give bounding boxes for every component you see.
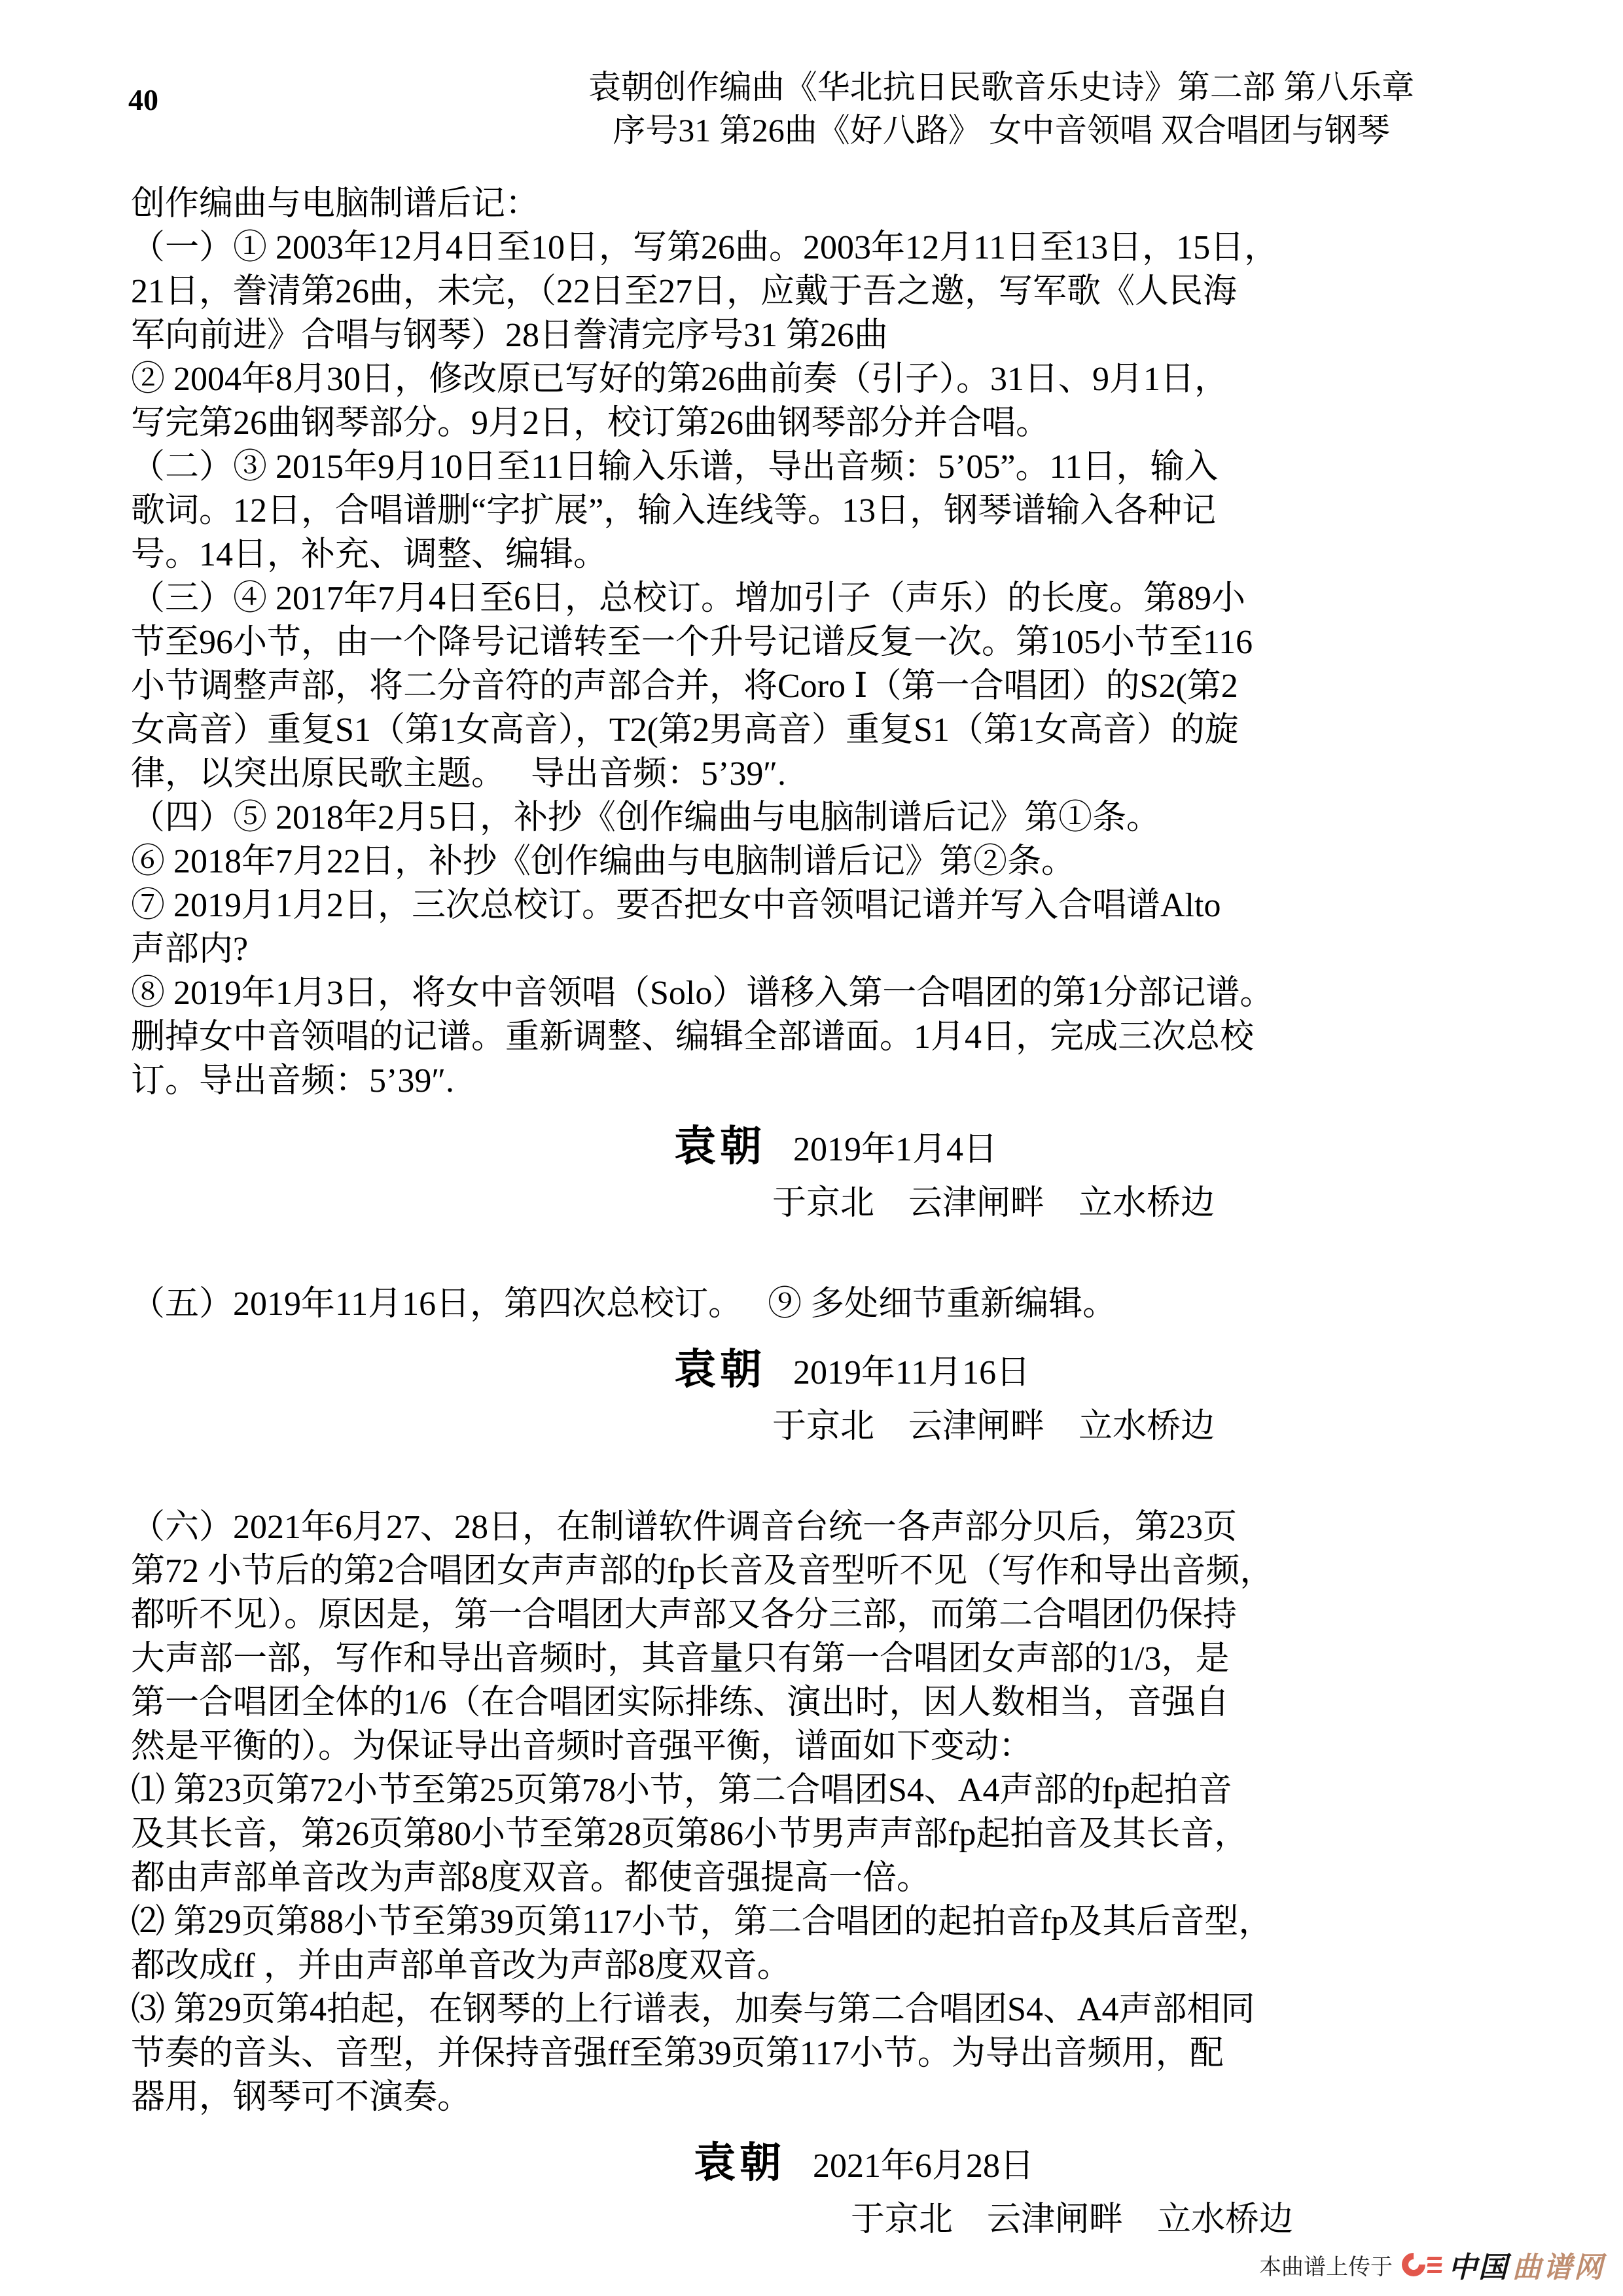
postscript-line: 然是平衡的）。为保证导出音频时音强平衡，谱面如下变动：	[131, 1725, 1505, 1768]
brand-name-primary: 中国	[1448, 2244, 1508, 2286]
document-page: 40 袁朝创作编曲《华北抗日民歌音乐史诗》第二部 第八乐章 序号31 第26曲《…	[0, 0, 1623, 2296]
postscript-line: 21日，誊清第26曲，未完，（22日至27日，应戴于吾之邀，写军歌《人民海	[131, 270, 1505, 314]
postscript-line: 女高音）重复S1（第1女高音），T2(第2男高音）重复S1（第1女高音）的旋	[131, 708, 1505, 752]
signature-date: 2021年6月28日	[813, 2139, 1034, 2194]
author-signature: 袁朝	[694, 2135, 785, 2190]
signature-block-3: 袁朝 2021年6月28日 于京北 云津闸畔 立水桥边	[131, 2135, 1505, 2246]
postscript-line: 第一合唱团全体的1/6（在合唱团实际排练、演出时，因人数相当，音强自	[131, 1681, 1505, 1725]
postscript-line: （六）2021年6月27、28日，在制谱软件调音台统一各声部分贝后，第23页	[131, 1505, 1505, 1549]
postscript-line: ⑦ 2019月1月2日，三次总校订。要否把女中音领唱记谱并写入合唱谱Alto	[131, 884, 1505, 927]
logo-staff-lines-icon	[1427, 2257, 1442, 2273]
signature-block-2: 袁朝 2019年11月16日 于京北 云津闸畔 立水桥边	[131, 1342, 1505, 1453]
postscript-line: 都听不见）。原因是，第一合唱团大声部又各分三部，而第二合唱团仍保持	[131, 1593, 1505, 1637]
signature-row: 袁朝 2021年6月28日	[694, 2135, 1505, 2194]
postscript-line: ⑴ 第23页第72小节至第25页第78小节，第二合唱团S4、A4声部的fp起拍音	[131, 1768, 1505, 1812]
postscript-part-six: （六）2021年6月27、28日，在制谱软件调音台统一各声部分贝后，第23页 第…	[131, 1505, 1505, 2119]
brand-name-secondary: 曲谱网	[1512, 2244, 1605, 2286]
postscript-line-five: （五）2019年11月16日，第四次总校订。 ⑨ 多处细节重新编辑。	[131, 1282, 1505, 1326]
postscript-line: 都由声部单音改为声部8度双音。都使音强提高一倍。	[131, 1856, 1505, 1900]
postscript-line: 第72 小节后的第2合唱团女声声部的fp长音及音型听不见（写作和导出音频，	[131, 1549, 1505, 1593]
postscript-line: 号。14日，补充、调整、编辑。	[131, 533, 1505, 577]
author-signature: 袁朝	[674, 1119, 766, 1174]
postscript-line: 器用，钢琴可不演奏。	[131, 2075, 1505, 2119]
postscript-line: ⑧ 2019年1月3日，将女中音领唱（Solo）谱移入第一合唱团的第1分部记谱。	[131, 971, 1505, 1015]
signature-row: 袁朝 2019年11月16日	[674, 1342, 1505, 1401]
postscript-line: 删掉女中音领唱的记谱。重新调整、编辑全部谱面。1月4日，完成三次总校	[131, 1015, 1505, 1059]
postscript-line: ⑥ 2018年7月22日，补抄《创作编曲与电脑制谱后记》第②条。	[131, 840, 1505, 884]
signature-place: 于京北 云津闸畔 立水桥边	[772, 1401, 1505, 1453]
watermark-text: 本曲谱上传于	[1259, 2249, 1393, 2281]
postscript-line: 节至96小节，由一个降号记谱转至一个升号记谱反复一次。第105小节至116	[131, 620, 1505, 664]
postscript-line: ② 2004年8月30日，修改原已写好的第26曲前奏（引子）。31日、9月1日，	[131, 357, 1505, 401]
quputong-logo-icon	[1402, 2253, 1442, 2276]
logo-c-swirl-icon	[1397, 2248, 1431, 2282]
signature-place: 于京北 云津闸畔 立水桥边	[772, 1177, 1505, 1230]
postscript-line: 都改成ff ，并由声部单音改为声部8度双音。	[131, 1944, 1505, 1988]
signature-date: 2019年1月4日	[793, 1122, 997, 1177]
header-title-line1: 袁朝创作编曲《华北抗日民歌音乐史诗》第二部 第八乐章	[419, 65, 1584, 109]
postscript-line: 及其长音，第26页第80小节至第28页第86小节男声声部fp起拍音及其长音，	[131, 1812, 1505, 1856]
postscript-line: （二）③ 2015年9月10日至11日输入乐谱，导出音频：5’05”。11日，输…	[131, 445, 1505, 489]
postscript-line: （一）① 2003年12月4日至10日，写第26曲。2003年12月11日至13…	[131, 226, 1505, 270]
author-signature: 袁朝	[674, 1342, 766, 1397]
postscript-line: 小节调整声部，将二分音符的声部合并，将Coro Ⅰ（第一合唱团）的S2(第2	[131, 664, 1505, 708]
postscript-heading: 创作编曲与电脑制谱后记：	[131, 182, 1505, 226]
postscript-line: （三）④ 2017年7月4日至6日，总校订。增加引子（声乐）的长度。第89小	[131, 577, 1505, 620]
postscript-line: 写完第26曲钢琴部分。9月2日，校订第26曲钢琴部分并合唱。	[131, 401, 1505, 445]
postscript-body: 创作编曲与电脑制谱后记： （一）① 2003年12月4日至10日，写第26曲。2…	[131, 182, 1505, 2246]
signature-row: 袁朝 2019年1月4日	[674, 1119, 1505, 1177]
postscript-line: 声部内?	[131, 927, 1505, 971]
watermark-footer: 本曲谱上传于 中国 曲谱网	[1259, 2244, 1605, 2286]
signature-block-1: 袁朝 2019年1月4日 于京北 云津闸畔 立水桥边	[131, 1119, 1505, 1230]
signature-date: 2019年11月16日	[793, 1346, 1030, 1401]
page-number: 40	[128, 82, 158, 117]
postscript-line: 大声部一部，写作和导出音频时，其音量只有第一合唱团女声部的1/3，是	[131, 1637, 1505, 1681]
postscript-line: 军向前进》合唱与钢琴）28日誊清完序号31 第26曲	[131, 314, 1505, 357]
postscript-line: ⑵ 第29页第88小节至第39页第117小节，第二合唱团的起拍音fp及其后音型，	[131, 1900, 1505, 1944]
postscript-line: 律，以突出原民歌主题。 导出音频：5’39″.	[131, 752, 1505, 796]
postscript-line: 订。导出音频：5’39″.	[131, 1059, 1505, 1103]
signature-place: 于京北 云津闸畔 立水桥边	[851, 2194, 1505, 2246]
document-header: 袁朝创作编曲《华北抗日民歌音乐史诗》第二部 第八乐章 序号31 第26曲《好八路…	[0, 0, 1623, 152]
postscript-line: 节奏的音头、音型，并保持音强ff至第39页第117小节。为导出音频用，配	[131, 2032, 1505, 2075]
header-title-line2: 序号31 第26曲《好八路》 女中音领唱 双合唱团与钢琴	[419, 109, 1584, 152]
postscript-line: 歌词。12日，合唱谱删“字扩展”，输入连线等。13日，钢琴谱输入各种记	[131, 489, 1505, 533]
postscript-line: ⑶ 第29页第4拍起，在钢琴的上行谱表，加奏与第二合唱团S4、A4声部相同	[131, 1988, 1505, 2032]
postscript-line: （四）⑤ 2018年2月5日，补抄《创作编曲与电脑制谱后记》第①条。	[131, 796, 1505, 840]
